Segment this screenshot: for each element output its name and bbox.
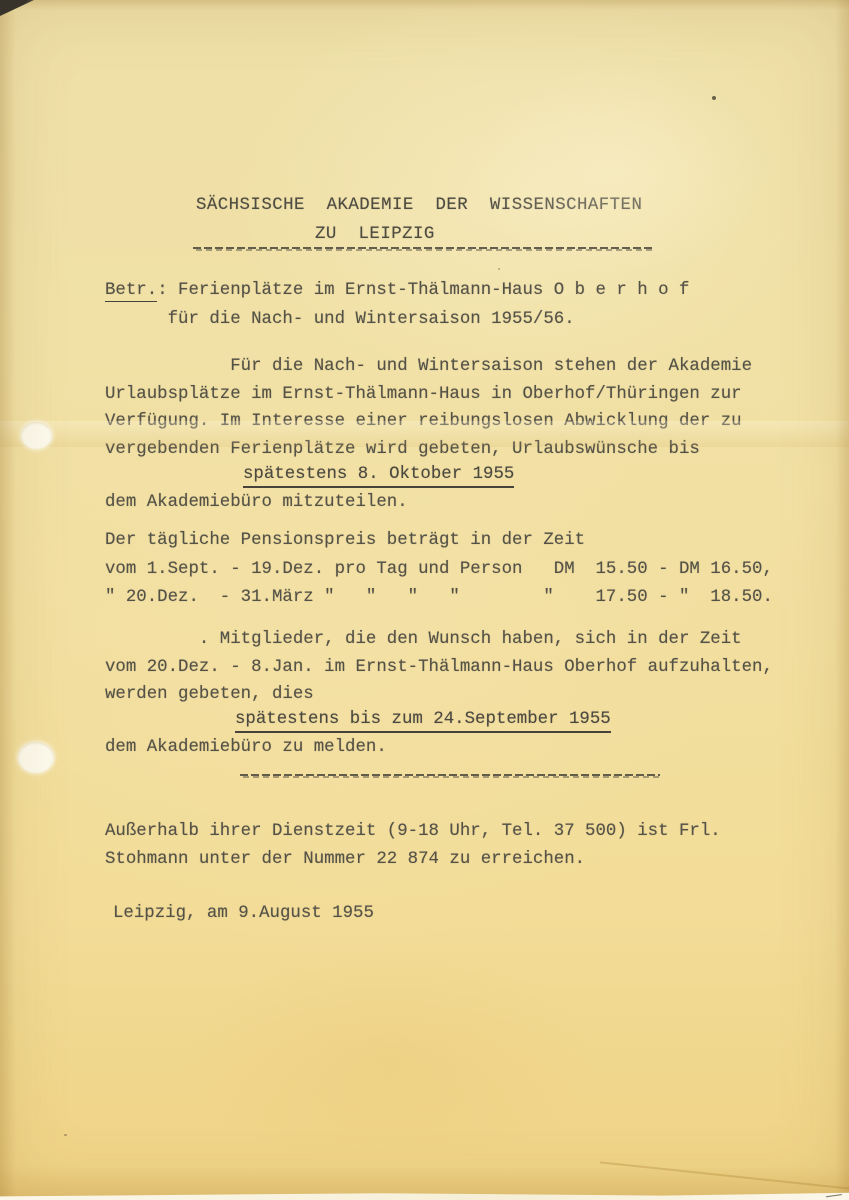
punch-hole-top <box>21 422 52 449</box>
paragraph-1-closing: dem Akademiebüro mitzuteilen. <box>105 489 408 517</box>
subject-line1: Betr.: Ferienplätze im Ernst-Thälmann-Ha… <box>105 277 689 305</box>
paper-speck <box>498 268 500 270</box>
deadline-october: spätestens 8. Oktober 1955 <box>243 461 514 489</box>
letterhead-divider-rule <box>193 247 655 251</box>
paper-speck <box>712 96 716 100</box>
pension-price-row1: vom 1.Sept. - 19.Dez. pro Tag und Person… <box>105 556 773 584</box>
scanned-document-page: SÄCHSISCHE AKADEMIE DER WISSENSCHAFTEN Z… <box>0 0 849 1200</box>
body-line: vom 20.Dez. - 8.Jan. im Ernst-Thälmann-H… <box>105 654 773 682</box>
scan-corner-mark <box>0 0 34 16</box>
contact-note: Außerhalb ihrer Dienstzeit (9-18 Uhr, Te… <box>105 818 721 873</box>
pension-intro: Der tägliche Pensionspreis beträgt in de… <box>105 527 585 555</box>
letterhead-title-line1: SÄCHSISCHE AKADEMIE DER WISSENSCHAFTEN <box>196 192 642 220</box>
paragraph-2-closing: dem Akademiebüro zu melden. <box>105 734 387 762</box>
scan-bottom-edge <box>0 1192 849 1200</box>
subject-text: : Ferienplätze im Ernst-Thälmann-Haus O … <box>157 281 689 300</box>
deadline-september: spätestens bis zum 24.September 1955 <box>235 706 611 734</box>
dateline: Leipzig, am 9.August 1955 <box>113 900 374 928</box>
punch-hole-bottom <box>18 742 54 773</box>
body-line: werden gebeten, dies <box>105 681 773 709</box>
body-line: Für die Nach- und Wintersaison stehen de… <box>105 353 752 381</box>
paper-fold-band <box>0 421 849 447</box>
contact-line2: Stohmann unter der Nummer 22 874 zu erre… <box>105 846 721 874</box>
letterhead-title-line2: ZU LEIPZIG <box>315 221 435 249</box>
subject-label: Betr. <box>105 281 157 302</box>
paper-stain <box>180 950 600 1170</box>
body-line: Urlaubsplätze im Ernst-Thälmann-Haus in … <box>105 381 752 409</box>
paper-crease <box>600 1161 849 1194</box>
subject-line2: für die Nach- und Wintersaison 1955/56. <box>105 306 575 334</box>
pension-price-table: vom 1.Sept. - 19.Dez. pro Tag und Person… <box>105 556 773 612</box>
paragraph-2: . Mitglieder, die den Wunsch haben, sich… <box>105 626 773 709</box>
body-line: . Mitglieder, die den Wunsch haben, sich… <box>105 626 773 654</box>
pension-price-row2: " 20.Dez. - 31.März " " " " " 17.50 - " … <box>105 584 773 612</box>
section-divider-rule <box>240 774 660 778</box>
contact-line1: Außerhalb ihrer Dienstzeit (9-18 Uhr, Te… <box>105 818 721 846</box>
paper-speck <box>64 1134 67 1136</box>
